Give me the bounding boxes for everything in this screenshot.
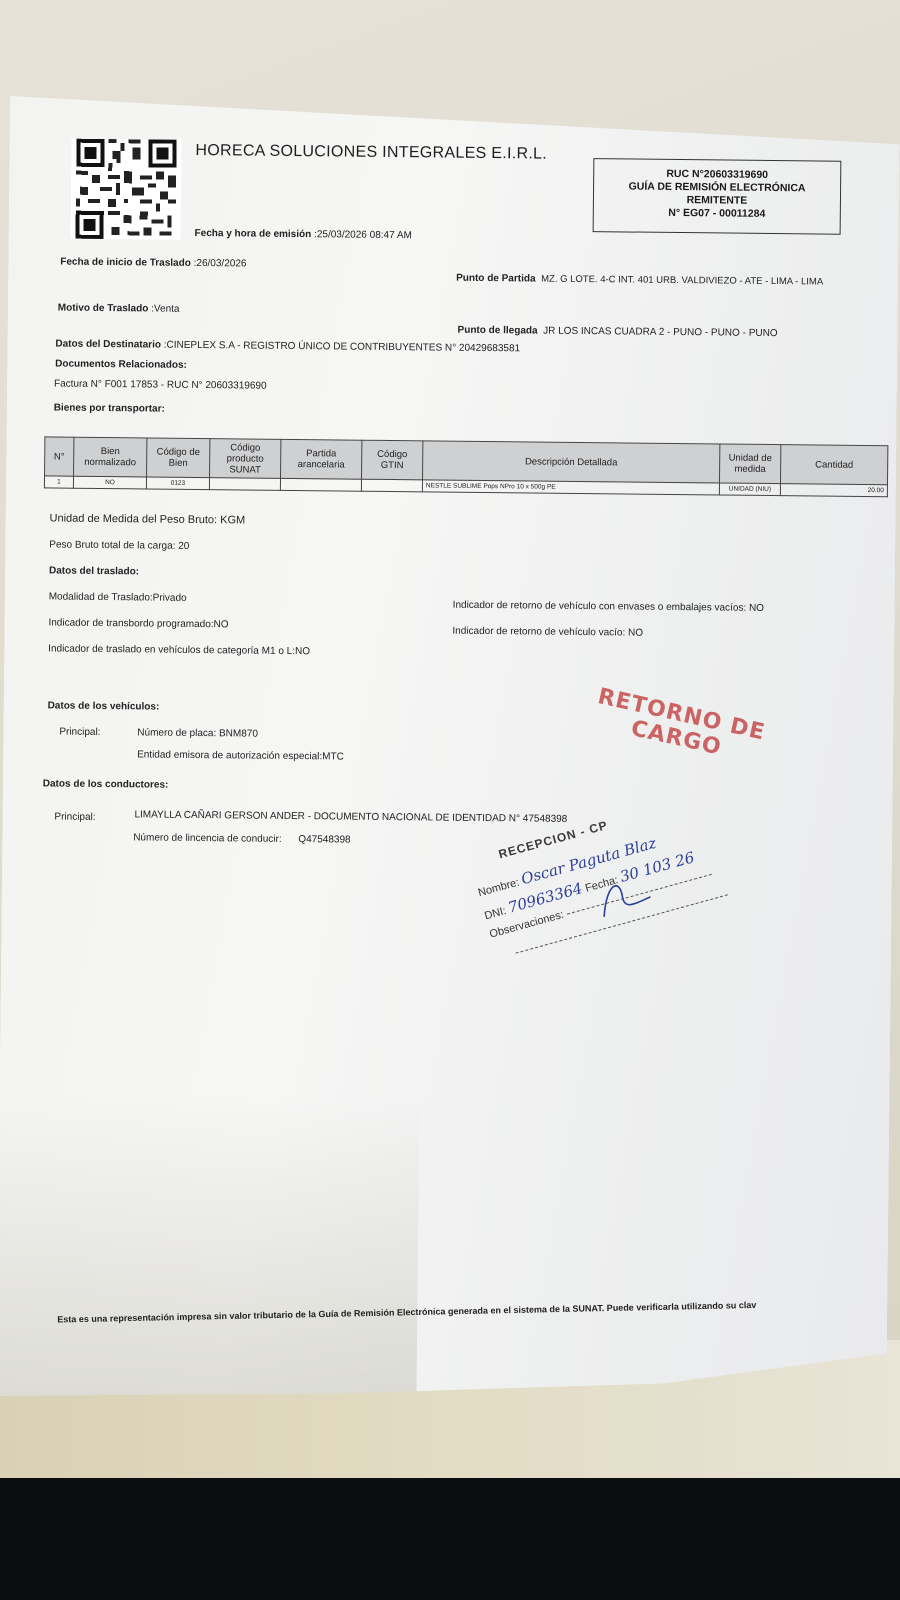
shipping-guide-document: HORECA SOLUCIONES INTEGRALES E.I.R.L. Fe… — [0, 96, 900, 1405]
dark-background — [0, 1478, 900, 1600]
shadow — [0, 1096, 420, 1400]
col-sunat-code: Código producto SUNAT — [210, 439, 281, 479]
company-name: HORECA SOLUCIONES INTEGRALES E.I.R.L. — [195, 142, 547, 164]
recipient: Datos del Destinatario :CINEPLEX S.A - R… — [55, 338, 520, 354]
weight-unit: Unidad de Medida del Peso Bruto: KGM — [50, 512, 246, 526]
vehicle-principal-label: Principal: — [59, 727, 100, 738]
col-item-code: Código de Bien — [147, 438, 210, 478]
plate-number: Número de placa: BNM870 — [137, 727, 258, 739]
arrival-point: Punto de llegada JR LOS INCAS CUADRA 2 -… — [458, 325, 778, 339]
qr-code-icon — [71, 139, 182, 240]
legal-footer: Esta es una representación impresa sin v… — [57, 1300, 756, 1325]
emission-datetime: Fecha y hora de emisión :25/03/2026 08:4… — [195, 228, 412, 241]
col-quantity: Cantidad — [780, 445, 887, 485]
drivers-section: Datos de los conductores: — [43, 778, 169, 790]
related-docs-value: Factura N° F001 17853 - RUC N° 206033196… — [54, 378, 267, 391]
authorization-entity: Entidad emisora de autorización especial… — [137, 749, 344, 762]
license: Número de lincencia de conducir: Q475483… — [133, 832, 350, 845]
col-unit: Unidad de medida — [719, 444, 780, 484]
col-gtin: Código GTIN — [362, 440, 423, 480]
transfer-reason: Motivo de Traslado :Venta — [58, 303, 180, 315]
document-type: GUÍA DE REMISIÓN ELECTRÓNICA — [594, 180, 840, 196]
emission-label: Fecha y hora de emisión — [195, 228, 312, 240]
document-number: N° EG07 - 00011284 — [594, 206, 840, 222]
related-docs-label: Documentos Relacionados: — [55, 358, 187, 370]
transfer-section: Datos del traslado: — [49, 565, 139, 577]
transshipment-indicator: Indicador de transbordo programado:NO — [48, 617, 228, 630]
emission-value: :25/03/2026 08:47 AM — [314, 229, 412, 241]
weight-total: Peso Bruto total de la carga: 20 — [49, 539, 189, 551]
ruc-box: RUC N°20603319690 GUÍA DE REMISIÓN ELECT… — [593, 158, 842, 235]
col-number: N° — [45, 437, 74, 476]
return-empty-indicator: Indicador de retorno de vehículo vacío: … — [452, 626, 643, 639]
vehicles-section: Datos de los vehículos: — [48, 700, 160, 712]
goods-table: N° Bien normalizado Código de Bien Códig… — [44, 436, 888, 497]
return-cargo-stamp: RETORNO DE CARGO — [590, 685, 767, 769]
transfer-mode: Modalidad de Traslado:Privado — [49, 591, 187, 603]
return-containers-indicator: Indicador de retorno de vehículo con env… — [453, 600, 764, 614]
driver-principal-label: Principal: — [54, 812, 95, 823]
start-date: Fecha de inicio de Traslado :26/03/2026 — [60, 257, 246, 270]
driver-name: LIMAYLLA CAÑARI GERSON ANDER - DOCUMENTO… — [134, 809, 567, 825]
col-tariff: Partida arancelaria — [281, 439, 362, 479]
col-description: Descripción Detallada — [423, 441, 720, 483]
goods-label: Bienes por transportar: — [54, 402, 165, 414]
m1-category-indicator: Indicador de traslado en vehículos de ca… — [48, 643, 310, 657]
departure-point: Punto de Partida MZ. G LOTE. 4-C INT. 40… — [456, 273, 823, 288]
col-standardized: Bien normalizado — [74, 437, 147, 477]
